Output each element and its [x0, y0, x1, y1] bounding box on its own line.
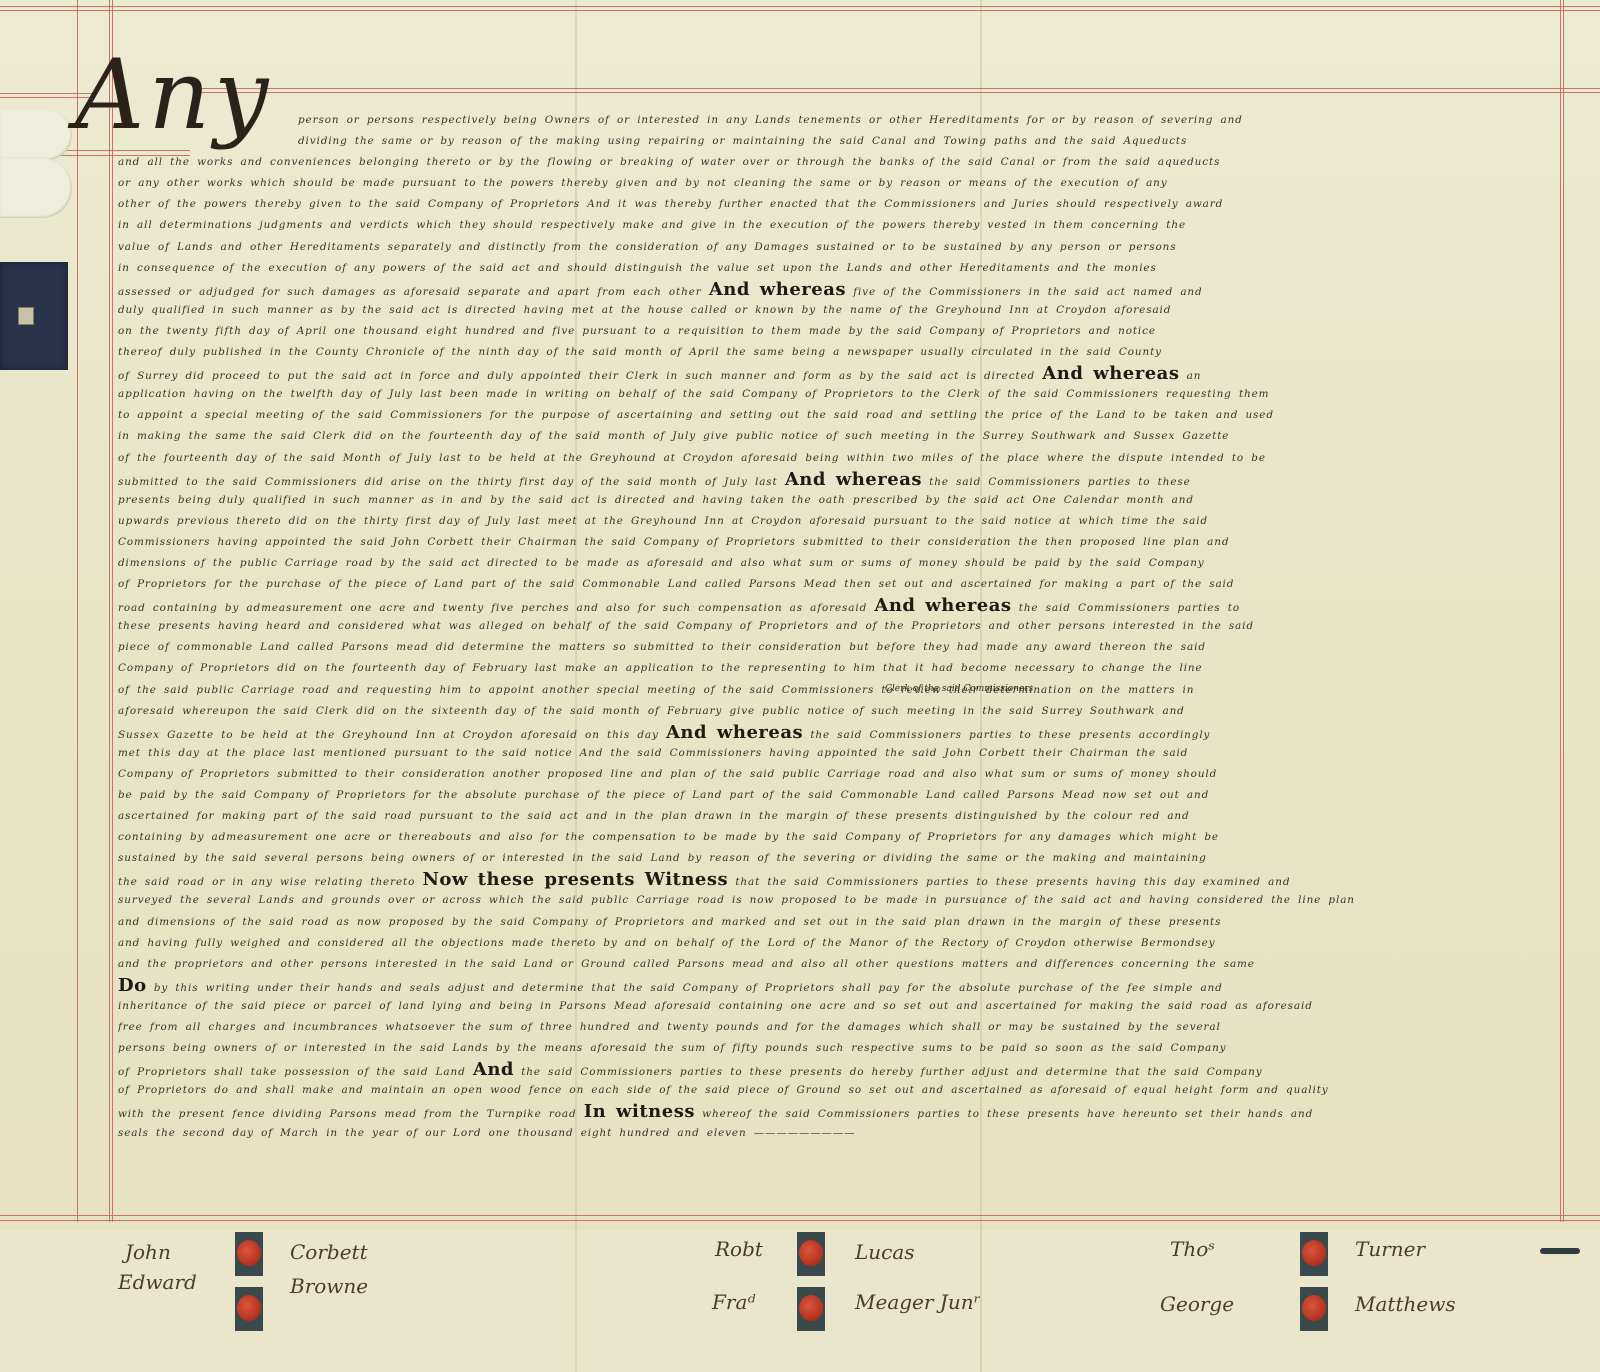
line-text: surveyed the several Lands and grounds o… — [118, 894, 1355, 906]
line-text: presents being duly qualified in such ma… — [118, 494, 1194, 506]
signature-first: Edward — [118, 1270, 197, 1294]
line-text: person or persons respectively being Own… — [298, 114, 1243, 126]
text-line: aforesaid whereupon the said Clerk did o… — [118, 701, 1558, 722]
line-text: of the fourteenth day of the said Month … — [118, 452, 1266, 464]
text-line: and the proprietors and other persons in… — [118, 954, 1558, 975]
wax-seal — [797, 1232, 825, 1276]
keyword-heading: And whereas — [1042, 363, 1179, 384]
line-text: submitted to the said Commissioners did … — [118, 476, 785, 488]
line-text: and the proprietors and other persons in… — [118, 958, 1255, 970]
ruling-line — [198, 92, 1600, 93]
signature-first: Fraᵈ — [712, 1290, 755, 1314]
text-line: thereof duly published in the County Chr… — [118, 342, 1558, 363]
line-text: of Proprietors shall take possession of … — [118, 1066, 473, 1078]
wax-seal — [797, 1287, 825, 1331]
text-line: presents being duly qualified in such ma… — [118, 490, 1558, 511]
line-text: upwards previous thereto did on the thir… — [118, 515, 1208, 527]
text-line: free from all charges and incumbrances w… — [118, 1017, 1558, 1038]
signature-last: Browne — [290, 1274, 368, 1298]
text-line: of the fourteenth day of the said Month … — [118, 448, 1558, 469]
margin-line — [109, 0, 110, 1222]
text-line: in all determinations judgments and verd… — [118, 215, 1558, 236]
keyword-heading: And whereas — [785, 469, 922, 490]
line-text: free from all charges and incumbrances w… — [118, 1021, 1221, 1033]
line-text: dimensions of the public Carriage road b… — [118, 557, 1205, 569]
line-text: assessed or adjudged for such damages as… — [118, 286, 709, 298]
text-line: piece of commonable Land called Parsons … — [118, 637, 1558, 658]
line-text: and dimensions of the said road as now p… — [118, 916, 1221, 928]
line-text: in making the same the said Clerk did on… — [118, 430, 1229, 442]
text-line: on the twenty fifth day of April one tho… — [118, 321, 1558, 342]
line-text: the said Commissioners parties to these — [922, 476, 1191, 488]
line-text: the said Commissioners parties to these … — [514, 1066, 1262, 1078]
ruling-line — [0, 1220, 1600, 1221]
text-line: application having on the twelfth day of… — [118, 384, 1558, 405]
text-line: value of Lands and other Hereditaments s… — [118, 237, 1558, 258]
line-text: Commissioners having appointed the said … — [118, 536, 1229, 548]
line-text: aforesaid whereupon the said Clerk did o… — [118, 705, 1185, 717]
signature-last: Turner — [1355, 1237, 1425, 1261]
signature-last: Corbett — [290, 1240, 368, 1264]
line-text: five of the Commissioners in the said ac… — [846, 286, 1203, 298]
margin-line — [1560, 0, 1561, 1222]
text-line: ascertained for making part of the said … — [118, 806, 1558, 827]
line-text: of Proprietors do and shall make and mai… — [118, 1084, 1329, 1096]
line-text: met this day at the place last mentioned… — [118, 747, 1188, 759]
margin-line — [112, 0, 113, 1222]
line-text: Company of Proprietors submitted to thei… — [118, 768, 1217, 780]
text-line: surveyed the several Lands and grounds o… — [118, 890, 1558, 911]
line-text: thereof duly published in the County Chr… — [118, 346, 1162, 358]
text-line: containing by admeasurement one acre or … — [118, 827, 1558, 848]
text-line: met this day at the place last mentioned… — [118, 743, 1558, 764]
text-line: be paid by the said Company of Proprieto… — [118, 785, 1558, 806]
line-text: Sussex Gazette to be held at the Greyhou… — [118, 729, 666, 741]
keyword-heading: Now these presents Witness — [422, 869, 728, 890]
keyword-heading: And whereas — [709, 279, 846, 300]
text-line: Company of Proprietors submitted to thei… — [118, 764, 1558, 785]
line-text: sustained by the said several persons be… — [118, 852, 1207, 864]
signature-block: John Corbett Edward Browne Robt Lucas Fr… — [0, 1232, 1600, 1372]
wax-seal — [1300, 1287, 1328, 1331]
line-text: of Proprietors for the purchase of the p… — [118, 578, 1234, 590]
signature-first: Thoˢ — [1170, 1237, 1215, 1261]
text-line: dimensions of the public Carriage road b… — [118, 553, 1558, 574]
line-text: with the present fence dividing Parsons … — [118, 1108, 584, 1120]
text-line: Commissioners having appointed the said … — [118, 532, 1558, 553]
line-text: whereof the said Commissioners parties t… — [695, 1108, 1313, 1120]
foil-stamp-icon — [18, 307, 34, 325]
line-text: road containing by admeasurement one acr… — [118, 602, 874, 614]
keyword-heading: In witness — [584, 1101, 695, 1122]
line-text: containing by admeasurement one acre or … — [118, 831, 1219, 843]
line-text: in consequence of the execution of any p… — [118, 262, 1157, 274]
line-text: piece of commonable Land called Parsons … — [118, 641, 1206, 653]
text-line: road containing by admeasurement one acr… — [118, 595, 1558, 616]
ribbon-tab — [1540, 1248, 1580, 1254]
ruling-line — [0, 10, 1600, 11]
duty-stamp — [0, 262, 68, 370]
line-text: or any other works which should be made … — [118, 177, 1168, 189]
signature-last: Lucas — [855, 1240, 915, 1264]
line-text: the said Commissioners parties to — [1012, 602, 1240, 614]
embossed-seal — [0, 110, 72, 160]
wax-seal — [235, 1287, 263, 1331]
text-line: and all the works and conveniences belon… — [118, 152, 1558, 173]
text-line: person or persons respectively being Own… — [118, 110, 1558, 131]
text-line: submitted to the said Commissioners did … — [118, 469, 1558, 490]
keyword-heading: And whereas — [874, 595, 1011, 616]
line-text: value of Lands and other Hereditaments s… — [118, 241, 1176, 253]
signature-first: George — [1160, 1292, 1234, 1316]
line-text: the said Commissioners parties to these … — [803, 729, 1210, 741]
text-line: other of the powers thereby given to the… — [118, 194, 1558, 215]
text-line: seals the second day of March in the yea… — [118, 1123, 1558, 1144]
text-line: Company of Proprietors did on the fourte… — [118, 658, 1558, 679]
text-line: in consequence of the execution of any p… — [118, 258, 1558, 279]
ruling-line — [0, 1215, 1600, 1216]
text-line: the said road or in any wise relating th… — [118, 869, 1558, 890]
line-text: these presents having heard and consider… — [118, 620, 1254, 632]
margin-line — [1563, 0, 1564, 1222]
line-text: in all determinations judgments and verd… — [118, 219, 1186, 231]
text-line: and having fully weighed and considered … — [118, 933, 1558, 954]
line-text: to appoint a special meeting of the said… — [118, 409, 1274, 421]
keyword-heading: And — [473, 1059, 514, 1080]
text-line: to appoint a special meeting of the said… — [118, 405, 1558, 426]
line-text: dividing the same or by reason of the ma… — [298, 135, 1187, 147]
text-line: and dimensions of the said road as now p… — [118, 912, 1558, 933]
text-line: dividing the same or by reason of the ma… — [118, 131, 1558, 152]
line-text: and all the works and conveniences belon… — [118, 156, 1220, 168]
text-line: these presents having heard and consider… — [118, 616, 1558, 637]
line-text: an — [1179, 370, 1201, 382]
text-line: with the present fence dividing Parsons … — [118, 1101, 1558, 1122]
text-line: of the said public Carriage road and req… — [118, 680, 1558, 701]
signature-first: John — [125, 1240, 171, 1264]
line-text: application having on the twelfth day of… — [118, 388, 1269, 400]
document-body: person or persons respectively being Own… — [118, 110, 1558, 1144]
line-text: that the said Commissioners parties to t… — [728, 876, 1290, 888]
line-text: and having fully weighed and considered … — [118, 937, 1215, 949]
text-line: or any other works which should be made … — [118, 173, 1558, 194]
line-text: be paid by the said Company of Proprieto… — [118, 789, 1209, 801]
text-line: inheritance of the said piece or parcel … — [118, 996, 1558, 1017]
text-line: of Proprietors do and shall make and mai… — [118, 1080, 1558, 1101]
text-line: Sussex Gazette to be held at the Greyhou… — [118, 722, 1558, 743]
text-line: sustained by the said several persons be… — [118, 848, 1558, 869]
line-text: persons being owners of or interested in… — [118, 1042, 1226, 1054]
line-text: on the twenty fifth day of April one tho… — [118, 325, 1156, 337]
ruling-line — [198, 88, 1600, 89]
keyword-heading: And whereas — [666, 722, 803, 743]
line-text: Company of Proprietors did on the fourte… — [118, 662, 1203, 674]
text-line: assessed or adjudged for such damages as… — [118, 279, 1558, 300]
text-line: in making the same the said Clerk did on… — [118, 426, 1558, 447]
line-text: the said road or in any wise relating th… — [118, 876, 422, 888]
text-line: of Proprietors for the purchase of the p… — [118, 574, 1558, 595]
signature-first: Robt — [715, 1237, 763, 1261]
interlineation: Clerk of the said Commissioners — [885, 684, 1033, 694]
signature-last: Meager Junʳ — [855, 1290, 981, 1314]
keyword-heading: Do — [118, 975, 147, 996]
line-text: by this writing under their hands and se… — [147, 982, 1223, 994]
line-text: duly qualified in such manner as by the … — [118, 304, 1171, 316]
text-line: Do by this writing under their hands and… — [118, 975, 1558, 996]
text-line: of Surrey did proceed to put the said ac… — [118, 363, 1558, 384]
wax-seal — [235, 1232, 263, 1276]
text-line: of Proprietors shall take possession of … — [118, 1059, 1558, 1080]
line-text: other of the powers thereby given to the… — [118, 198, 1223, 210]
line-text: inheritance of the said piece or parcel … — [118, 1000, 1313, 1012]
signature-last: Matthews — [1355, 1292, 1456, 1316]
line-text: seals the second day of March in the yea… — [118, 1127, 855, 1139]
embossed-seal — [0, 158, 72, 218]
text-line: persons being owners of or interested in… — [118, 1038, 1558, 1059]
margin-line — [77, 0, 78, 1222]
line-text: ascertained for making part of the said … — [118, 810, 1190, 822]
line-text: of Surrey did proceed to put the said ac… — [118, 370, 1042, 382]
text-line: duly qualified in such manner as by the … — [118, 300, 1558, 321]
ruling-line — [0, 6, 1600, 7]
wax-seal — [1300, 1232, 1328, 1276]
text-line: upwards previous thereto did on the thir… — [118, 511, 1558, 532]
